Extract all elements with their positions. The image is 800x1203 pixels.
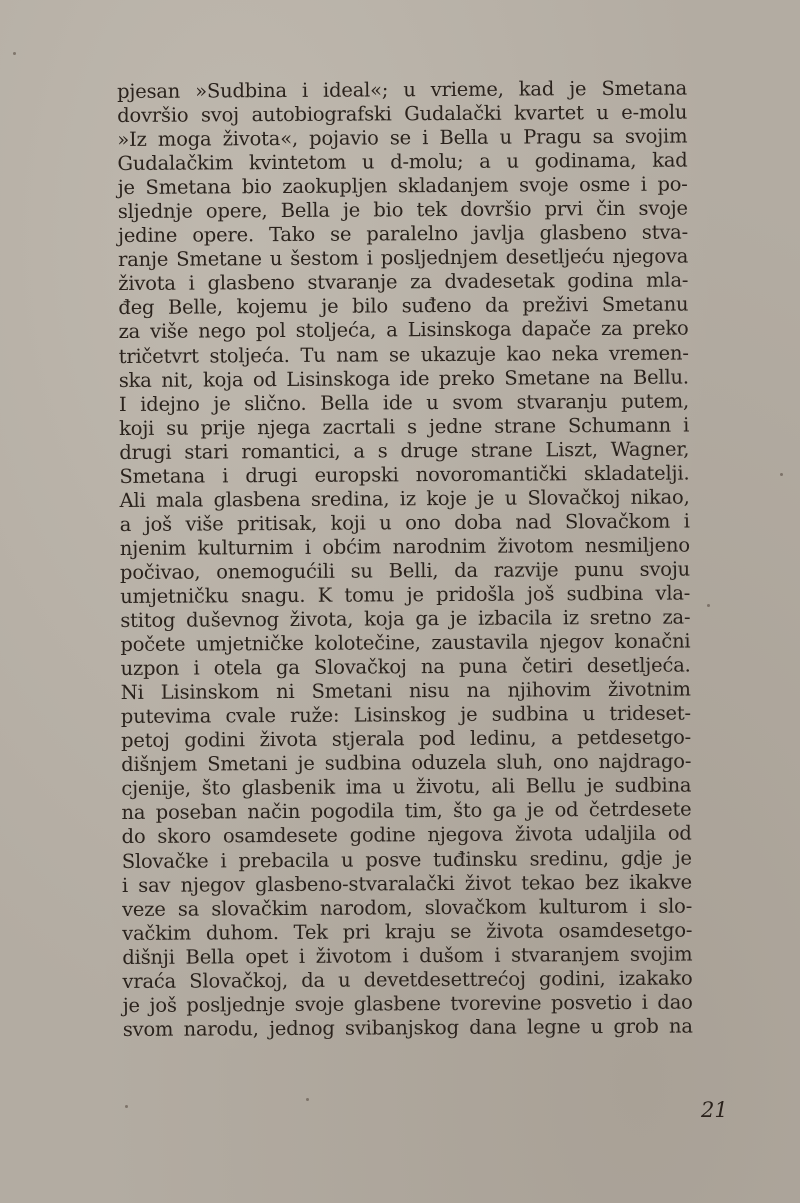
text-line: I idejno je slično. Bella ide u svom stv… (119, 389, 689, 417)
paper-speck (125, 1105, 128, 1108)
text-line: pjesan »Sudbina i ideal«; u vrieme, kad … (117, 77, 687, 105)
text-line: đeg Belle, kojemu je bilo suđeno da prež… (118, 293, 688, 321)
text-line: jedine opere. Tako se paralelno javlja g… (118, 221, 688, 249)
body-text: pjesan »Sudbina i ideal«; u vrieme, kad … (117, 77, 693, 1042)
text-line: dišnjem Smetani je sudbina oduzela sluh,… (121, 750, 691, 778)
text-line: Slovačke i prebacila u posve tuđinsku sr… (122, 846, 692, 874)
text-line: putevima cvale ruže: Lisinskog je sudbin… (121, 702, 691, 730)
text-line: petoj godini života stjerala pod ledinu,… (121, 726, 691, 754)
text-line: je Smetana bio zaokupljen skladanjem svo… (118, 173, 688, 201)
paper-speck (13, 52, 16, 55)
text-line: a još više pritisak, koji u ono doba nad… (120, 509, 690, 537)
paper-speck (780, 473, 783, 476)
text-line: veze sa slovačkim narodom, slovačkom kul… (122, 894, 692, 922)
text-line: drugi stari romantici, a s druge strane … (119, 437, 689, 465)
book-page: pjesan »Sudbina i ideal«; u vrieme, kad … (0, 0, 800, 1203)
text-line: tričetvrt stoljeća. Tu nam se ukazuje ka… (119, 341, 689, 369)
paper-speck (707, 604, 710, 607)
text-line: dovršio svoj autobiografski Gudalački kv… (117, 101, 687, 129)
text-line: počivao, onemogućili su Belli, da razvij… (120, 557, 690, 585)
text-line: je još posljednje svoje glasbene tvorevi… (123, 990, 693, 1018)
text-line: »Iz moga života«, pojavio se i Bella u P… (117, 125, 687, 153)
text-line: i sav njegov glasbeno-stvaralački život … (122, 870, 692, 898)
text-line: uzpon i otela ga Slovačkoj na puna četir… (121, 654, 691, 682)
text-line: njenim kulturnim i obćim narodnim životo… (120, 533, 690, 561)
text-line: života i glasbeno stvaranje za dvadeseta… (118, 269, 688, 297)
text-line: do skoro osamdesete godine njegova život… (122, 822, 692, 850)
text-line: počete umjetničke kolotečine, zaustavila… (120, 630, 690, 658)
text-line: za više nego pol stoljeća, a Lisinskoga … (118, 317, 688, 345)
text-line: Ni Lisinskom ni Smetani nisu na njihovim… (121, 678, 691, 706)
text-line: Smetana i drugi europski novoromantički … (119, 461, 689, 489)
paper-speck (306, 1098, 309, 1101)
text-line: sljednje opere, Bella je bio tek dovršio… (118, 197, 688, 225)
text-line: koji su prije njega zacrtali s jedne str… (119, 413, 689, 441)
text-line: dišnji Bella opet i životom i dušom i st… (122, 942, 692, 970)
page-number: 21 (701, 1098, 728, 1122)
text-line: ranje Smetane u šestom i posljednjem des… (118, 245, 688, 273)
text-line: Ali mala glasbena sredina, iz koje je u … (119, 485, 689, 513)
text-line: umjetničku snagu. K tomu je pridošla još… (120, 581, 690, 609)
text-line: cjenije, što glasbenik ima u životu, ali… (121, 774, 691, 802)
text-line: stitog duševnog života, koja ga je izbac… (120, 606, 690, 634)
text-line: vačkim duhom. Tek pri kraju se života os… (122, 918, 692, 946)
text-line: svom narodu, jednog svibanjskog dana leg… (123, 1014, 693, 1042)
text-line: vraća Slovačkoj, da u devetdesettrećoj g… (122, 966, 692, 994)
text-line: ska nit, koja od Lisinskoga ide preko Sm… (119, 365, 689, 393)
text-line: Gudalačkim kvintetom u d-molu; a u godin… (117, 149, 687, 177)
text-line: na poseban način pogodila tim, što ga je… (121, 798, 691, 826)
